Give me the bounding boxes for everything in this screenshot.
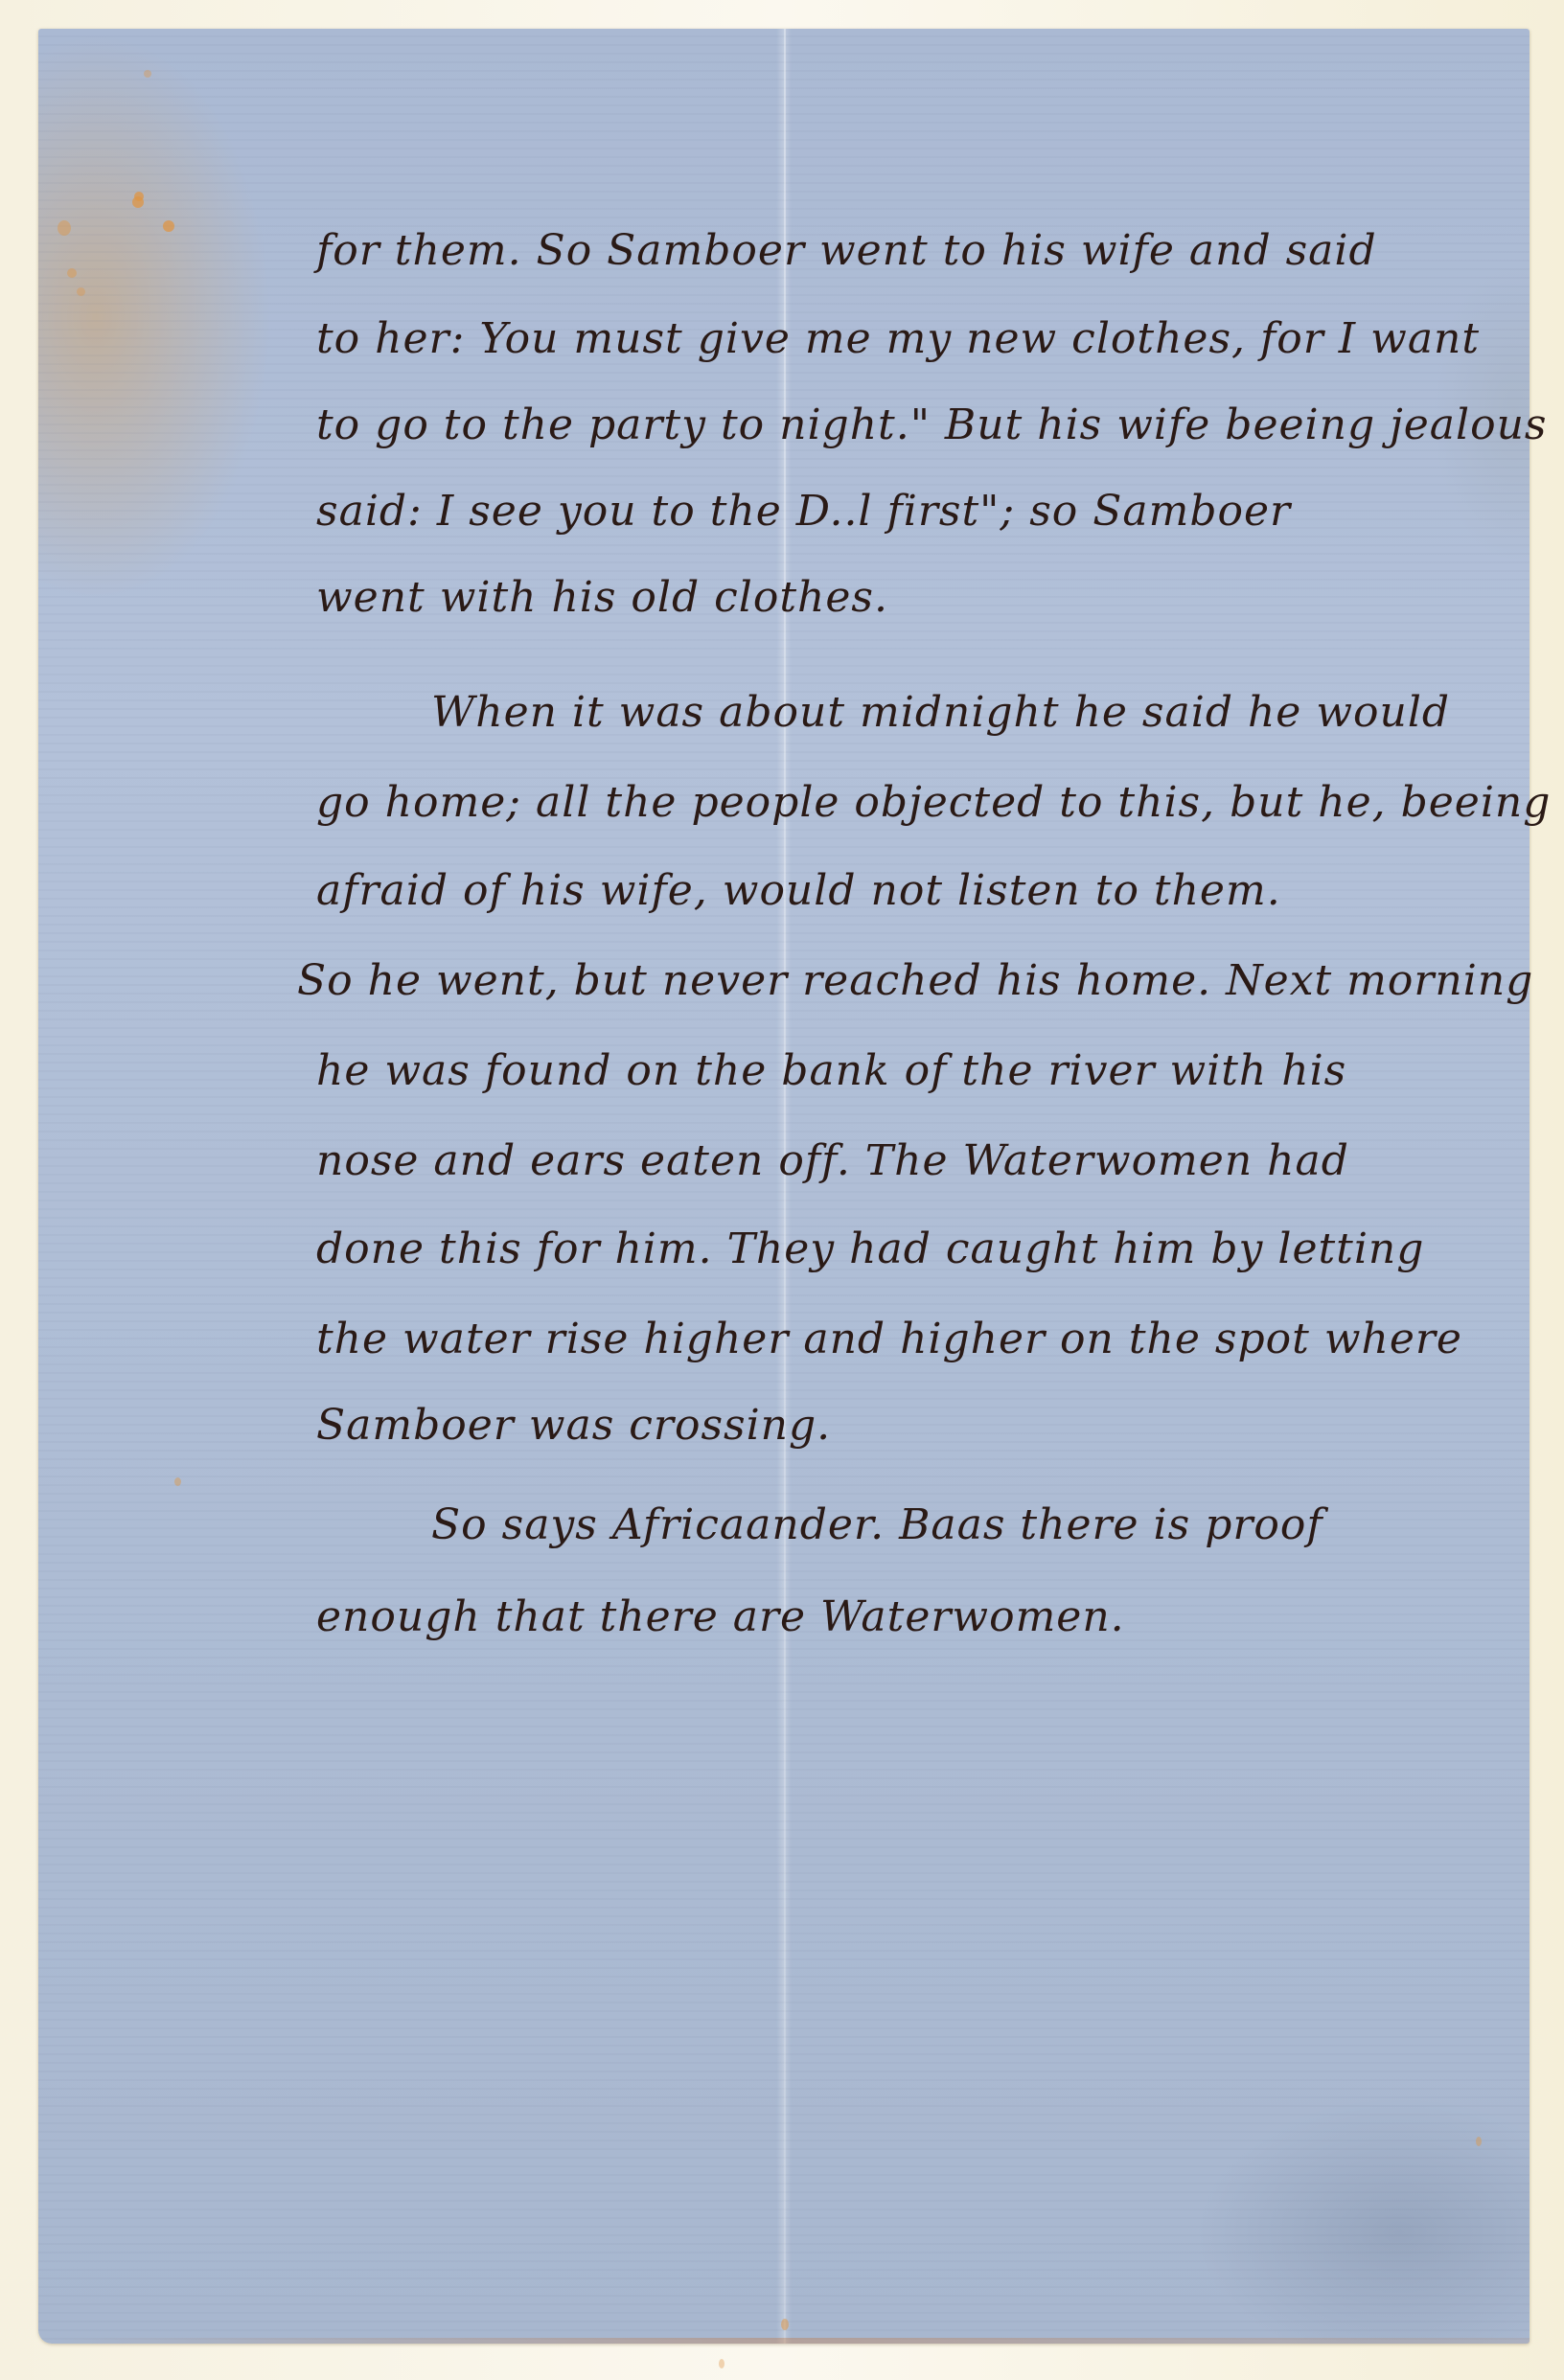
- foxing-stain: [174, 1477, 181, 1486]
- center-fold-crease: [784, 29, 786, 2344]
- text-line: Samboer was crossing.: [316, 1405, 831, 1447]
- foxing-stain: [132, 196, 144, 208]
- text-line: to go to the party to night." But his wi…: [316, 404, 1548, 446]
- foxing-stain: [719, 2359, 724, 2369]
- text-line: the water rise higher and higher on the …: [316, 1318, 1462, 1361]
- foxing-stain: [144, 70, 151, 78]
- foxing-stain: [77, 287, 85, 296]
- foxing-stain: [67, 268, 77, 278]
- text-line: he was found on the bank of the river wi…: [316, 1050, 1346, 1092]
- text-line-paragraph-start: When it was about midnight he said he wo…: [316, 692, 1450, 734]
- letter-page: for them. So Samboer went to his wife an…: [38, 29, 1529, 2344]
- foxing-stain: [57, 220, 71, 236]
- foxing-stain: [781, 2319, 789, 2330]
- text-line: afraid of his wife, would not listen to …: [316, 870, 1281, 912]
- text-line: went with his old clothes.: [316, 577, 888, 619]
- text-line: go home; all the people objected to this…: [316, 782, 1551, 824]
- text-line: done this for him. They had caught him b…: [316, 1228, 1424, 1270]
- text-line: to her: You must give me my new clothes,…: [316, 318, 1480, 360]
- foxing-stain: [1476, 2137, 1482, 2146]
- text-line: said: I see you to the D..l first"; so S…: [316, 491, 1291, 533]
- foxing-stain: [163, 220, 174, 232]
- text-line: for them. So Samboer went to his wife an…: [316, 230, 1377, 272]
- text-line: nose and ears eaten off. The Waterwomen …: [316, 1140, 1349, 1182]
- text-line-paragraph-start: So says Africaander. Baas there is proof: [316, 1504, 1323, 1546]
- text-line: enough that there are Waterwomen.: [316, 1596, 1125, 1638]
- text-line: So he went, but never reached his home. …: [297, 960, 1533, 1002]
